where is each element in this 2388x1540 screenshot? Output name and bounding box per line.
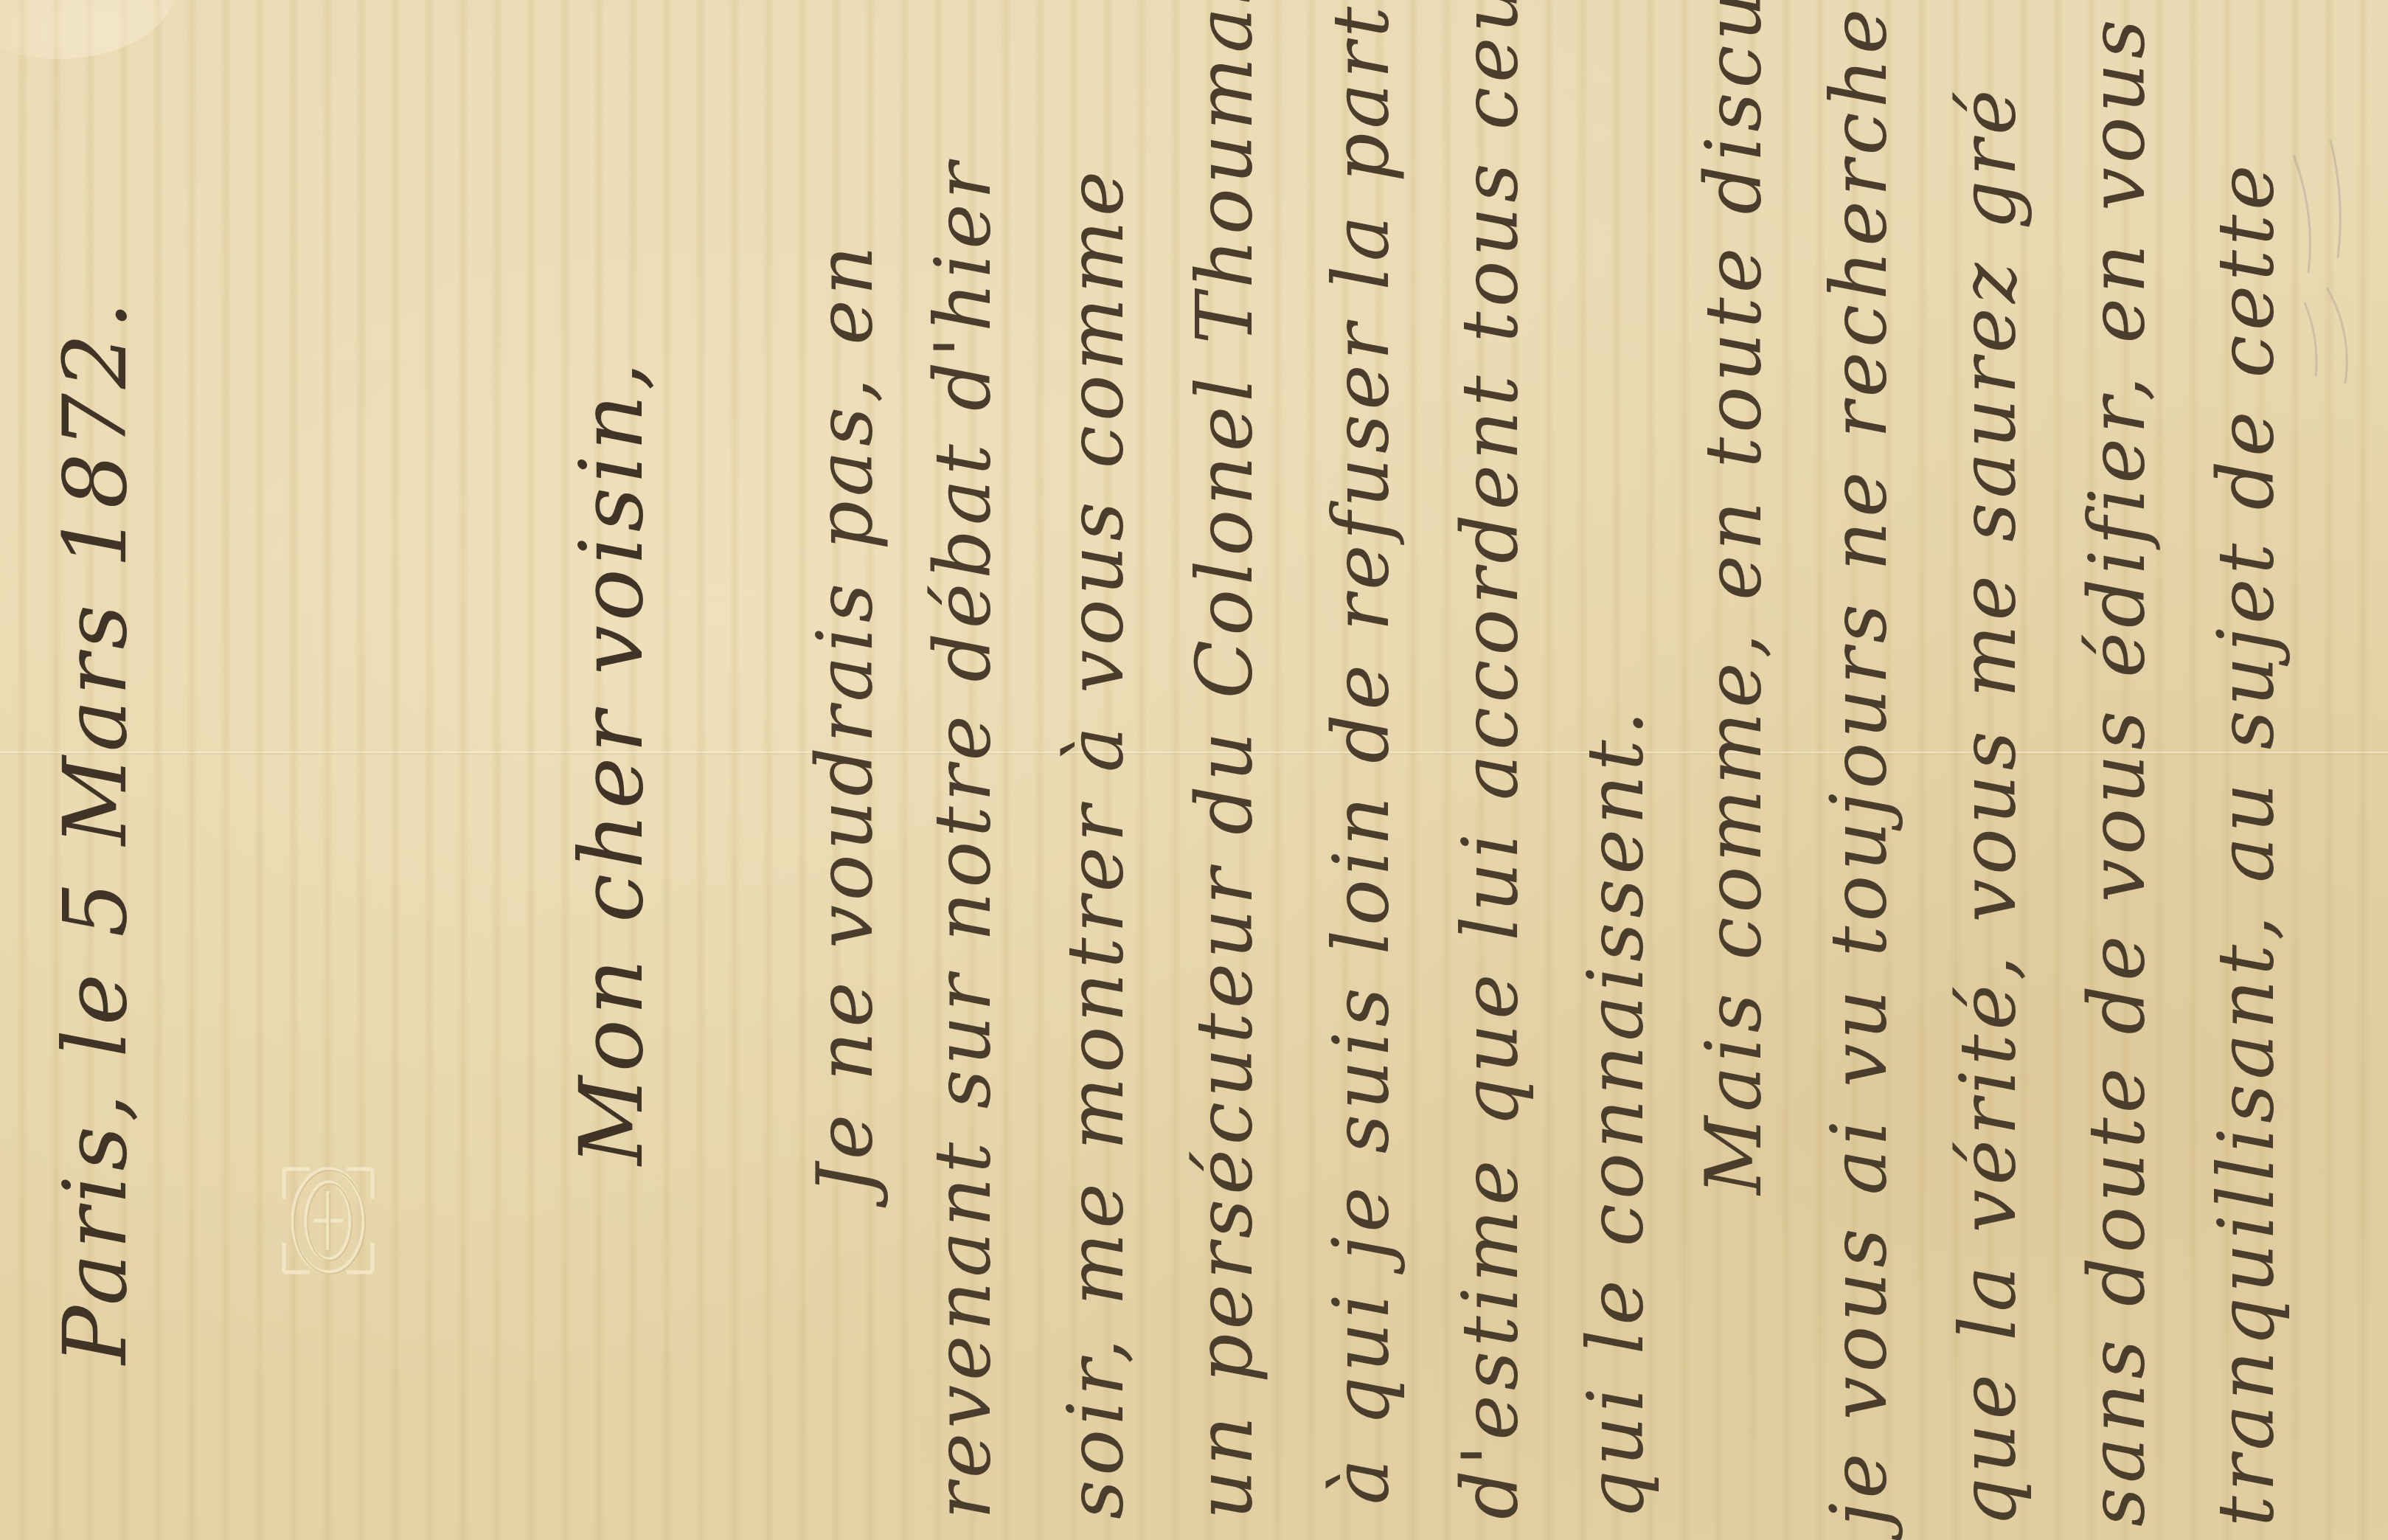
letter-body-line: Mais comme, en toute discussion, xyxy=(1689,0,1779,1195)
letter-page: Paris, le 5 Mars 1872. Mon cher voisin, … xyxy=(0,0,2388,1540)
letter-body-line: un persécuteur du Colonel Thoumas xyxy=(1180,0,1270,1519)
letter-body-line: soir, me montrer à vous comme xyxy=(1051,167,1141,1519)
letter-body-line: à qui je suis loin de refuser la part xyxy=(1316,2,1406,1505)
letter-body-line: Je ne voudrais pas, en xyxy=(800,241,890,1195)
letter-body-line: revenant sur notre débat d'hier xyxy=(918,159,1008,1519)
letter-body-line: sans doute de vous édifier, en vous xyxy=(2072,15,2162,1527)
corner-curl xyxy=(0,0,177,59)
letter-body-line: tranquillisant, au sujet de cette xyxy=(2201,160,2291,1527)
letter-salutation: Mon cher voisin, xyxy=(560,358,662,1165)
letter-dateline: Paris, le 5 Mars 1872. xyxy=(44,297,146,1364)
letter-body-line: qui le connaissent. xyxy=(1571,707,1661,1519)
embossed-monogram-icon xyxy=(254,1147,402,1294)
letter-body-line: d'estime que lui accordent tous ceux xyxy=(1445,0,1535,1519)
letter-body-line: je vous ai vu toujours ne rechercher xyxy=(1814,0,1904,1527)
pencil-marks xyxy=(2286,125,2367,391)
letter-body-line: que la vérité, vous me saurez gré xyxy=(1943,85,2033,1527)
